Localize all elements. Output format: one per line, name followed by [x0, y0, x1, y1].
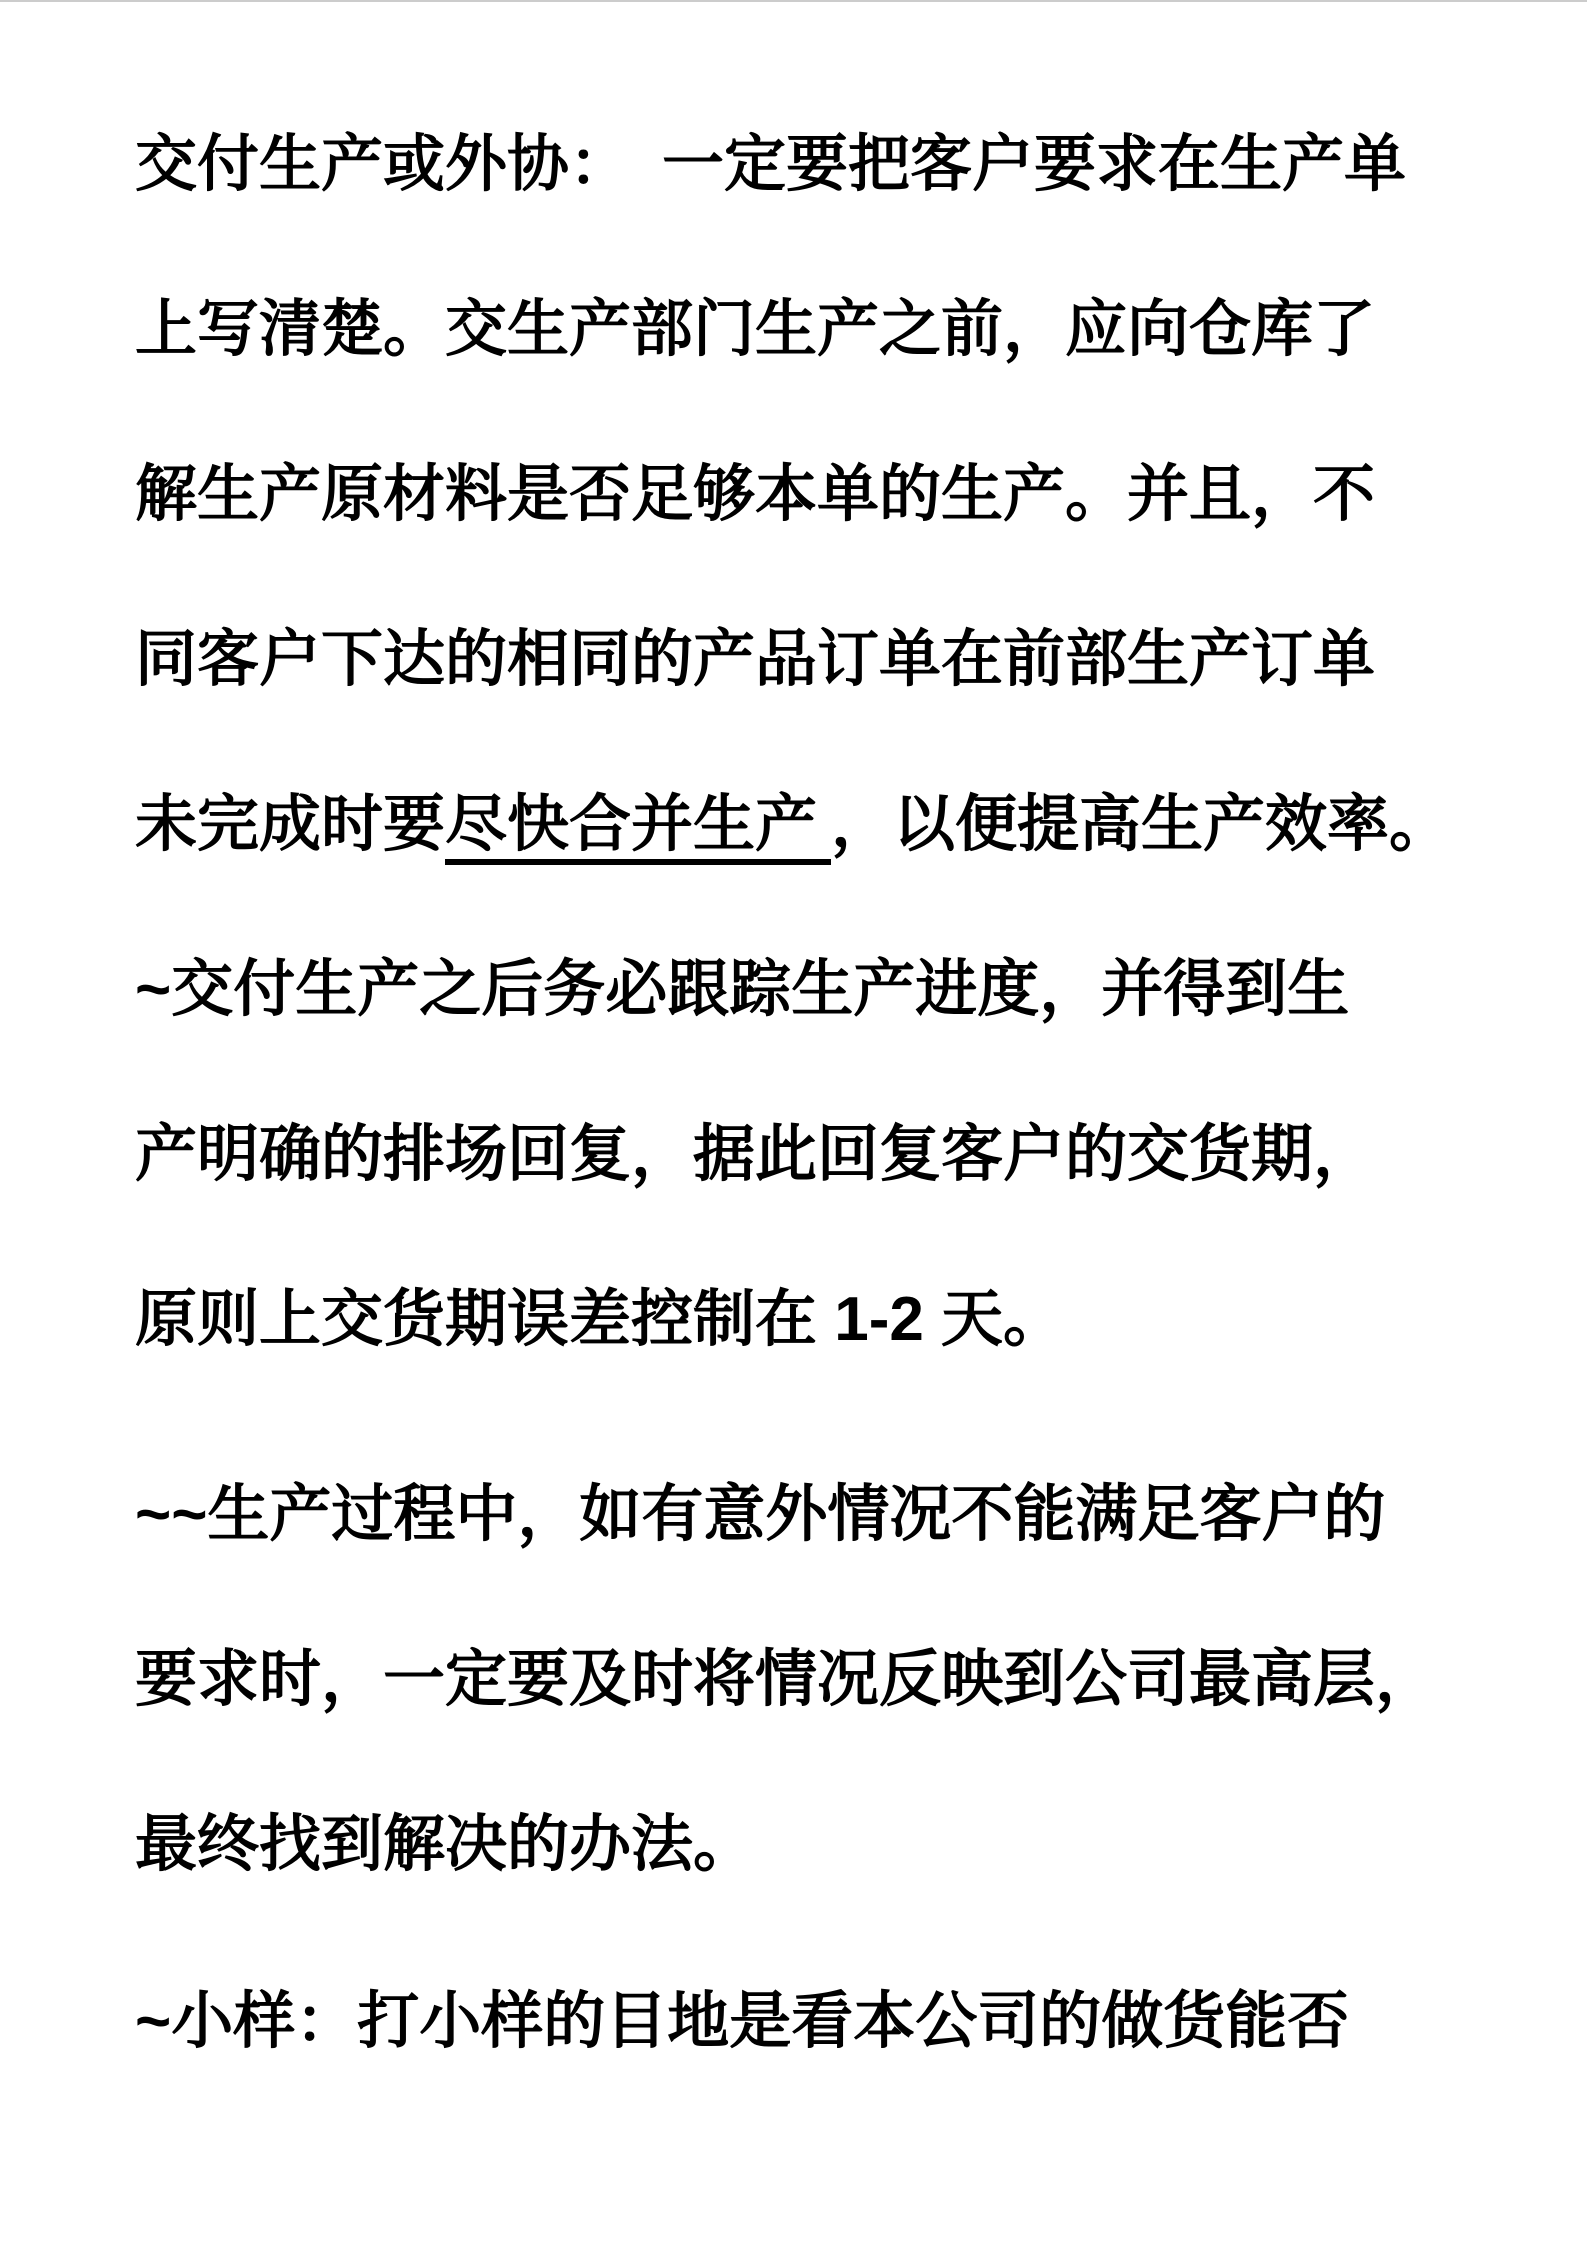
text-segment: 最终找到解决的办法。: [135, 1810, 755, 1879]
text-line: 最终找到解决的办法。: [135, 1762, 1477, 1927]
text-segment: 产明确的排场回复，据此回复客户的交货期，: [135, 1120, 1375, 1189]
text-segment: 要求时，一定要及时将情况反映到公司最高层，: [135, 1645, 1437, 1714]
underlined-text-segment: 尽快合并生产: [445, 790, 831, 865]
document-page: 交付生产或外协： 一定要把客户要求在生产单上写清楚。交生产部门生产之前，应向仓库…: [0, 0, 1587, 2245]
text-line: 上写清楚。交生产部门生产之前，应向仓库了: [135, 247, 1477, 412]
text-line: 要求时，一定要及时将情况反映到公司最高层，: [135, 1597, 1477, 1762]
text-segment: 交付生产或外协： 一定要把客户要求在生产单: [135, 130, 1406, 199]
text-segment: ~小样：打小样的目地是看本公司的做货能否: [135, 1987, 1349, 2056]
text-line: 原则上交货期误差控制在 1-2 天。: [135, 1237, 1477, 1402]
text-segment: 原则上交货期误差控制在 1-2 天。: [135, 1285, 1065, 1354]
text-segment: ，以便提高生产效率。: [831, 790, 1451, 859]
text-segment: 同客户下达的相同的产品订单在前部生产订单: [135, 625, 1375, 694]
text-line: 解生产原材料是否足够本单的生产。并且，不: [135, 412, 1477, 577]
paragraph-track-production-progress: ~交付生产之后务必跟踪生产进度，并得到生产明确的排场回复，据此回复客户的交货期，…: [135, 907, 1477, 1402]
text-segment: 解生产原材料是否足够本单的生产。并且，不: [135, 460, 1375, 529]
text-line: ~~生产过程中，如有意外情况不能满足客户的: [135, 1432, 1477, 1597]
paragraph-delivery-to-production: 交付生产或外协： 一定要把客户要求在生产单上写清楚。交生产部门生产之前，应向仓库…: [135, 82, 1477, 907]
text-line: 交付生产或外协： 一定要把客户要求在生产单: [135, 82, 1477, 247]
text-line: 产明确的排场回复，据此回复客户的交货期，: [135, 1072, 1477, 1237]
text-line: ~小样：打小样的目地是看本公司的做货能否: [135, 1939, 1477, 2104]
text-line: ~交付生产之后务必跟踪生产进度，并得到生: [135, 907, 1477, 1072]
text-line: 同客户下达的相同的产品订单在前部生产订单: [135, 577, 1477, 742]
text-segment: 上写清楚。交生产部门生产之前，应向仓库了: [135, 295, 1375, 364]
text-segment: ~~生产过程中，如有意外情况不能满足客户的: [135, 1480, 1385, 1549]
paragraph-unexpected-situations: ~~生产过程中，如有意外情况不能满足客户的要求时，一定要及时将情况反映到公司最高…: [135, 1432, 1477, 1927]
document-body: 交付生产或外协： 一定要把客户要求在生产单上写清楚。交生产部门生产之前，应向仓库…: [135, 82, 1477, 2104]
paragraph-sample: ~小样：打小样的目地是看本公司的做货能否: [135, 1939, 1477, 2104]
text-segment: ~交付生产之后务必跟踪生产进度，并得到生: [135, 955, 1349, 1024]
text-segment: 未完成时要: [135, 790, 445, 859]
text-line: 未完成时要尽快合并生产，以便提高生产效率。: [135, 742, 1477, 907]
